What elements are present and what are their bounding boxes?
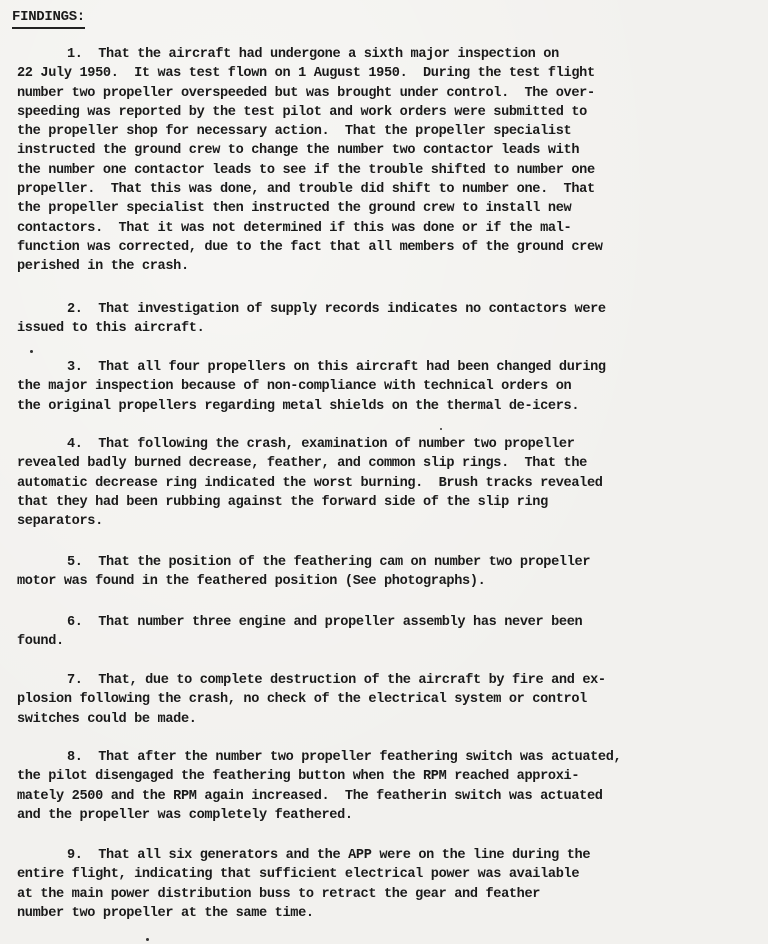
- finding-line: number two propeller overspeeded but was…: [17, 84, 762, 103]
- finding-line: 7. That, due to complete destruction of …: [17, 671, 762, 690]
- finding-number: 4.: [67, 437, 83, 452]
- finding-4: 4. That following the crash, examination…: [17, 435, 762, 531]
- document-page: FINDINGS: 1. That the aircraft had under…: [0, 0, 768, 944]
- finding-line: the propeller shop for necessary action.…: [17, 122, 762, 141]
- finding-line: contactors. That it was not determined i…: [17, 219, 762, 238]
- finding-line: number two propeller at the same time.: [17, 904, 762, 923]
- finding-number: 8.: [67, 750, 83, 765]
- finding-line: 2. That investigation of supply records …: [17, 300, 762, 319]
- finding-line: entire flight, indicating that sufficien…: [17, 865, 762, 884]
- finding-line: 5. That the position of the feathering c…: [17, 553, 762, 572]
- finding-line: 6. That number three engine and propelle…: [17, 613, 762, 632]
- finding-number: 7.: [67, 673, 83, 688]
- finding-text: That number three engine and propeller a…: [98, 615, 582, 630]
- finding-text: That after the number two propeller feat…: [98, 750, 621, 765]
- finding-text: That all four propellers on this aircraf…: [98, 360, 606, 375]
- finding-line: 4. That following the crash, examination…: [17, 435, 762, 454]
- finding-line: the number one contactor leads to see if…: [17, 161, 762, 180]
- finding-line: 8. That after the number two propeller f…: [17, 748, 762, 767]
- finding-line: instructed the ground crew to change the…: [17, 141, 762, 160]
- finding-9: 9. That all six generators and the APP w…: [17, 846, 762, 923]
- finding-text: That following the crash, examination of…: [98, 437, 574, 452]
- finding-line: perished in the crash.: [17, 257, 762, 276]
- finding-line: revealed badly burned decrease, feather,…: [17, 454, 762, 473]
- finding-8: 8. That after the number two propeller f…: [17, 748, 762, 825]
- paper-speck: [30, 350, 33, 353]
- paper-speck: [146, 938, 149, 941]
- finding-line: at the main power distribution buss to r…: [17, 885, 762, 904]
- finding-number: 3.: [67, 360, 83, 375]
- finding-7: 7. That, due to complete destruction of …: [17, 671, 762, 729]
- finding-line: 9. That all six generators and the APP w…: [17, 846, 762, 865]
- finding-number: 2.: [67, 302, 83, 317]
- paper-speck: [440, 428, 442, 430]
- finding-line: that they had been rubbing against the f…: [17, 493, 762, 512]
- finding-line: the major inspection because of non-comp…: [17, 377, 762, 396]
- finding-6: 6. That number three engine and propelle…: [17, 613, 762, 652]
- finding-line: automatic decrease ring indicated the wo…: [17, 474, 762, 493]
- finding-line: motor was found in the feathered positio…: [17, 572, 762, 591]
- finding-1: 1. That the aircraft had undergone a six…: [17, 45, 762, 277]
- finding-line: speeding was reported by the test pilot …: [17, 103, 762, 122]
- finding-line: found.: [17, 632, 762, 651]
- finding-number: 9.: [67, 848, 83, 863]
- finding-line: switches could be made.: [17, 710, 762, 729]
- finding-number: 1.: [67, 47, 83, 62]
- finding-text: That investigation of supply records ind…: [98, 302, 606, 317]
- finding-line: propeller. That this was done, and troub…: [17, 180, 762, 199]
- finding-3: 3. That all four propellers on this airc…: [17, 358, 762, 416]
- finding-line: and the propeller was completely feather…: [17, 806, 762, 825]
- finding-text: That the position of the feathering cam …: [98, 555, 590, 570]
- finding-line: function was corrected, due to the fact …: [17, 238, 762, 257]
- finding-line: the original propellers regarding metal …: [17, 397, 762, 416]
- finding-line: the propeller specialist then instructed…: [17, 199, 762, 218]
- finding-line: issued to this aircraft.: [17, 319, 762, 338]
- finding-line: the pilot disengaged the feathering butt…: [17, 767, 762, 786]
- finding-number: 6.: [67, 615, 83, 630]
- finding-5: 5. That the position of the feathering c…: [17, 553, 762, 592]
- finding-text: That all six generators and the APP were…: [98, 848, 590, 863]
- finding-line: 22 July 1950. It was test flown on 1 Aug…: [17, 64, 762, 83]
- finding-text: That the aircraft had undergone a sixth …: [98, 47, 559, 62]
- finding-text: That, due to complete destruction of the…: [98, 673, 606, 688]
- finding-line: 1. That the aircraft had undergone a six…: [17, 45, 762, 64]
- finding-2: 2. That investigation of supply records …: [17, 300, 762, 339]
- finding-number: 5.: [67, 555, 83, 570]
- findings-heading: FINDINGS:: [12, 8, 85, 29]
- finding-line: separators.: [17, 512, 762, 531]
- finding-line: mately 2500 and the RPM again increased.…: [17, 787, 762, 806]
- finding-line: plosion following the crash, no check of…: [17, 690, 762, 709]
- finding-line: 3. That all four propellers on this airc…: [17, 358, 762, 377]
